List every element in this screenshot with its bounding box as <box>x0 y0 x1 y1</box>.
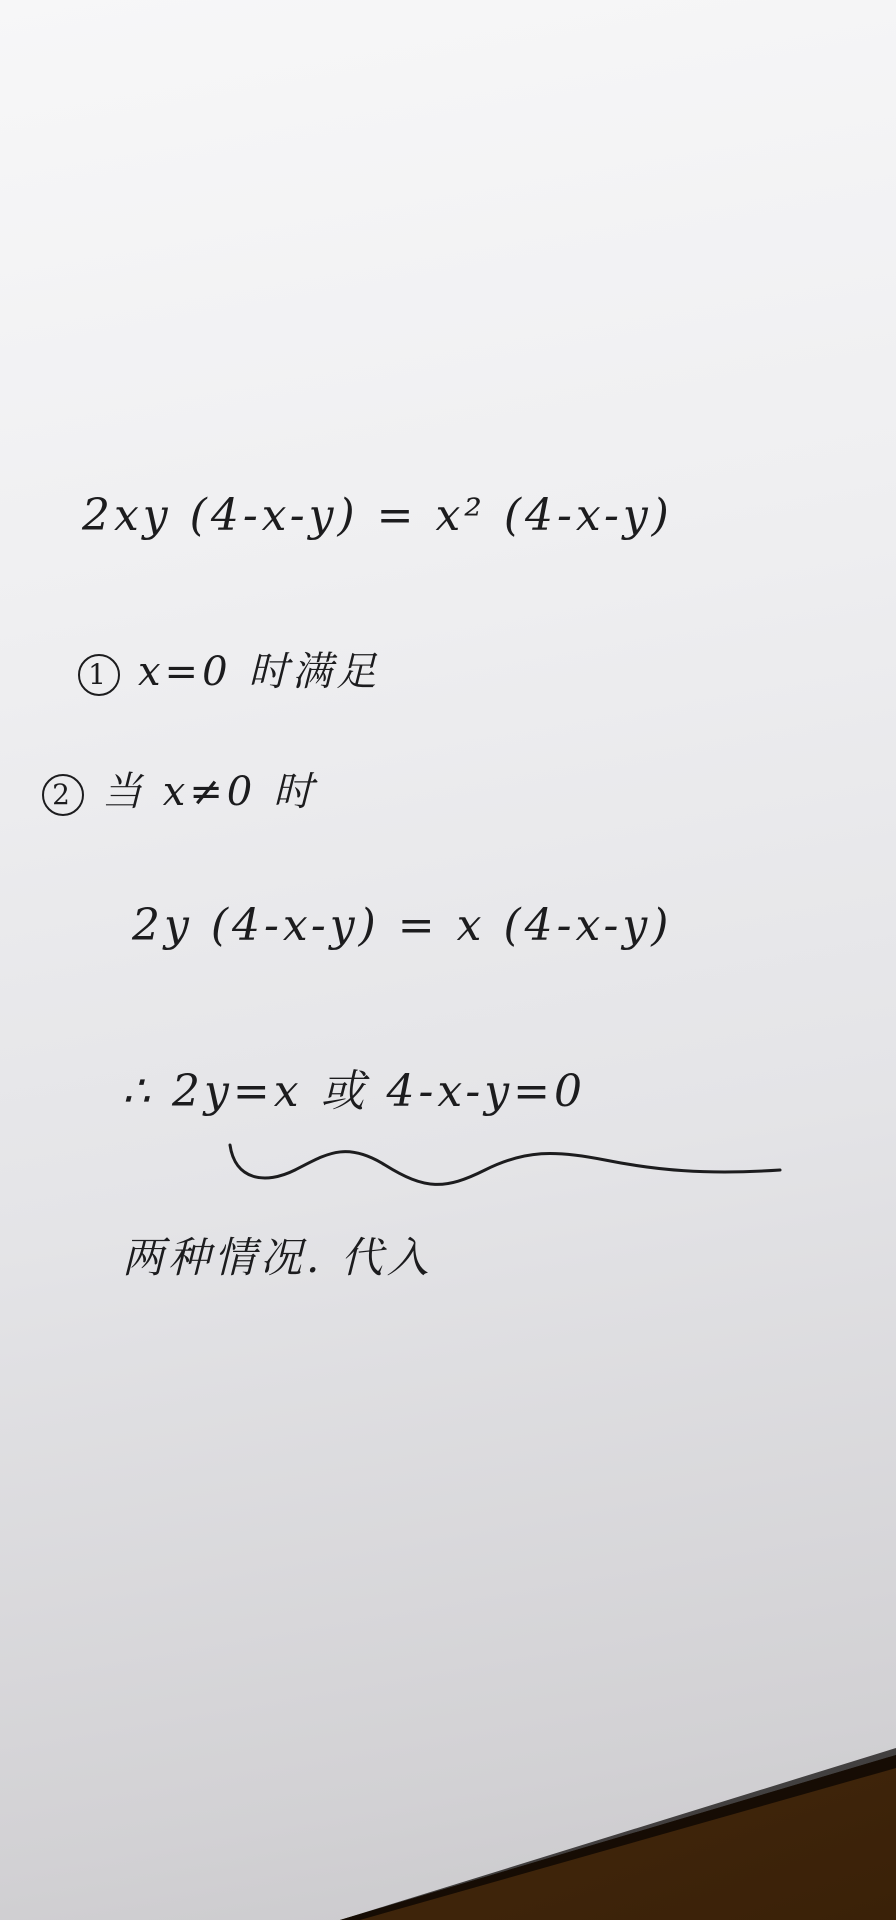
conclusion-line: ∴ 2y=x 或 4-x-y=0 <box>122 1055 586 1119</box>
paper-sheet <box>0 0 896 1920</box>
wavy-underline <box>225 1140 785 1200</box>
case-1-text: x=0 时满足 <box>138 649 380 695</box>
equation-line-2: 2y (4-x-y) = x (4-x-y) <box>132 900 672 951</box>
case-1-line: 1x=0 时满足 <box>78 640 380 697</box>
circled-number-2: 2 <box>42 774 84 816</box>
circled-number-1: 1 <box>78 654 120 696</box>
note-line: 两种情况. 代入 <box>122 1225 433 1285</box>
case-2-line: 2当 x≠0 时 <box>42 760 317 817</box>
case-2-text: 当 x≠0 时 <box>102 769 317 815</box>
equation-line-1: 2xy (4-x-y) = x² (4-x-y) <box>82 490 673 541</box>
